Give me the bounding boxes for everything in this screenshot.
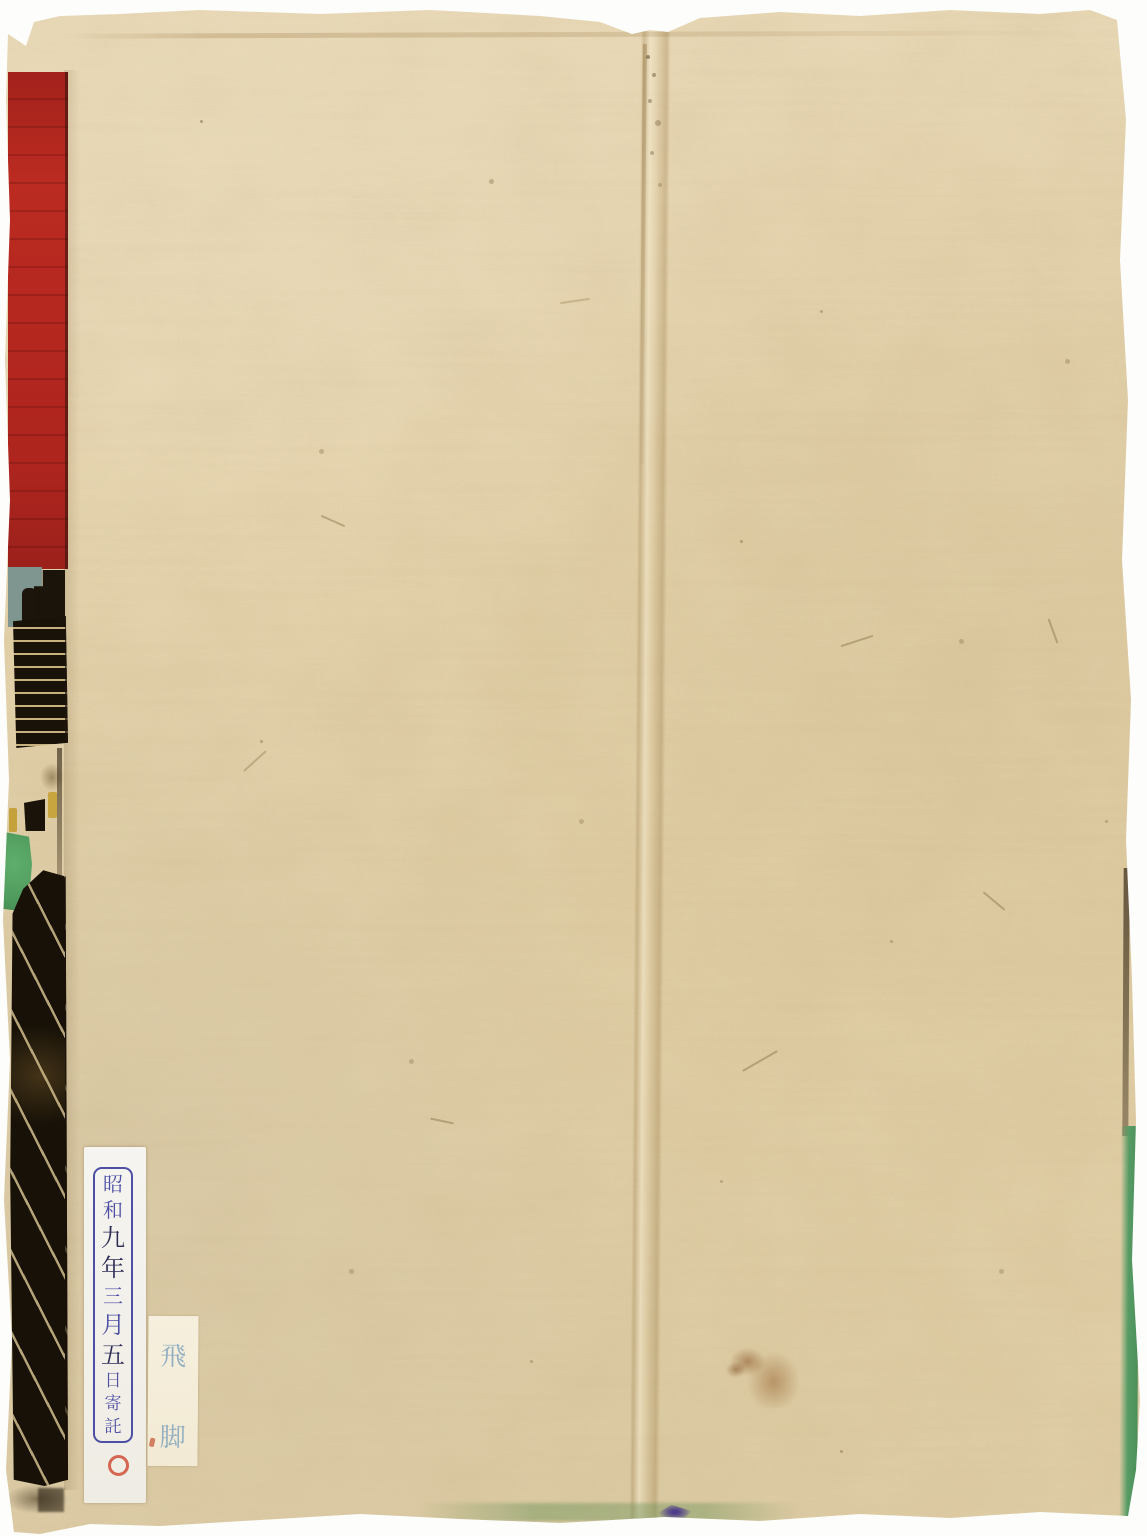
right-edge-green-strip [1119,1126,1139,1520]
brown-stain [722,1342,808,1408]
recto-black-patch [24,799,45,831]
kanji-showa-2: 和 [103,1200,123,1220]
kanji-fly: 飛 [160,1336,186,1373]
paper-fiber [983,891,1006,911]
bottom-green-smear [420,1503,800,1521]
paper-fiber [560,298,590,304]
paper-fiber [1048,618,1059,643]
kanji-showa-1: 昭 [103,1174,123,1194]
kanji-five: 五 [101,1343,125,1367]
kanji-leg: 脚 [160,1417,186,1454]
paper-fiber [243,750,267,772]
kanji-deposit-2: 託 [105,1419,122,1436]
paper-fiber [841,635,874,647]
title-label-text: 飛 脚 [148,1336,199,1454]
kanji-nine: 九 [101,1226,125,1250]
strip-bottom-dark-bit [38,1488,64,1512]
deposit-stamp-box: 昭 和 九 年 三 月 五 日 寄 託 [93,1167,133,1443]
recto-edge-line [57,748,62,888]
recto-red-area [8,72,68,569]
photo-backdrop: 昭 和 九 年 三 月 五 日 寄 託 飛 脚 [0,0,1147,1536]
foxing-specks [200,120,203,123]
kanji-deposit-1: 寄 [105,1396,122,1413]
top-horizontal-crease [60,30,1080,39]
kanji-year: 年 [101,1256,125,1280]
kanji-day: 日 [105,1373,122,1390]
center-fold-crease [629,24,671,1518]
kanji-three: 三 [103,1286,123,1306]
right-edge-dark-line [1122,868,1129,1136]
recto-yellow-mark [48,792,57,818]
fold-foxing-specks [646,55,650,59]
recto-black-diagonal-area [9,864,68,1486]
recto-yellow-mark-small [9,808,17,832]
paper-texture [0,0,1147,1536]
title-label: 飛 脚 [147,1316,198,1466]
recto-stairs-pattern [13,616,68,748]
deposit-date-label: 昭 和 九 年 三 月 五 日 寄 託 [84,1147,146,1503]
red-ring-seal [108,1455,129,1476]
print-verso-sheet: 昭 和 九 年 三 月 五 日 寄 託 飛 脚 [0,0,1147,1536]
paper-fiber [742,1050,778,1072]
paper-fiber [430,1118,454,1125]
paper-fiber [321,515,346,527]
kanji-month: 月 [101,1313,125,1337]
